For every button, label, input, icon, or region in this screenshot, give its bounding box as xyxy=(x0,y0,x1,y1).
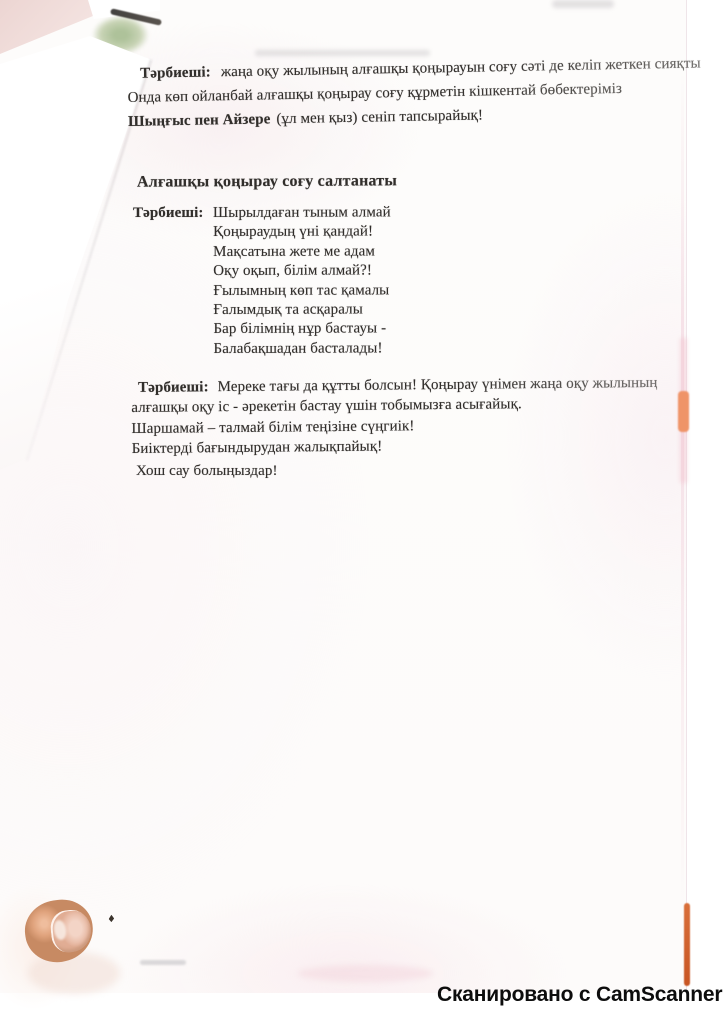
intro-paragraph: Тәрбиеші:жаңа оқу жылының алғашқы қоңыра… xyxy=(127,51,702,134)
speaker-label: Тәрбиеші: xyxy=(138,379,209,396)
speaker-label: Тәрбиеші: xyxy=(133,205,204,222)
poem-line: Оқу оқып, білім алмай?! xyxy=(213,262,391,282)
poem-line: Қоңыраудың үні қандай! xyxy=(213,223,391,243)
ghost-ink-marks xyxy=(255,50,430,56)
page-right-edge-line xyxy=(681,70,684,910)
edge-streak-orange xyxy=(684,903,690,986)
poem-line: Шырылдаған тыным алмай xyxy=(213,203,391,223)
bottom-pink-smudge xyxy=(298,965,433,982)
closing-paragraph: Тәрбиеші:Мереке тағы да құтты болсын! Қо… xyxy=(131,373,658,460)
poem-line: Ғылымның көп тас қамалы xyxy=(213,281,391,301)
poem-line: Бар білімнің нұр бастауы - xyxy=(213,320,391,340)
pencil-smudge xyxy=(140,960,186,965)
closing-line-1-text: Мереке тағы да құтты болсын! Қоңырау үні… xyxy=(218,375,658,395)
top-edge-smudge xyxy=(552,0,614,8)
poem-block: Шырылдаған тыным алмай Қоңыраудың үні қа… xyxy=(213,203,391,359)
children-names: Шыңғыс пен Айзере xyxy=(128,111,271,130)
section-title: Алғашқы қоңырау соғу салтанаты xyxy=(137,172,397,191)
poem-line: Балабақшадан басталады! xyxy=(213,339,391,359)
camscanner-watermark: Сканировано с CamScanner xyxy=(437,983,722,1007)
intro-line-3-rest: (ұл мен қыз) сеніп тапсырайық! xyxy=(276,107,483,127)
poem-line: Ғалымдық та асқаралы xyxy=(213,300,391,320)
speaker-label: Тәрбиеші: xyxy=(140,64,211,81)
poem-line: Мақсатына жете ме адам xyxy=(213,242,391,262)
scanned-document-photo: Тәрбиеші:жаңа оқу жылының алғашқы қоңыра… xyxy=(0,0,724,1024)
farewell-line: Хош сау болыңыздар! xyxy=(136,463,278,480)
edge-streak-salmon xyxy=(678,391,689,432)
